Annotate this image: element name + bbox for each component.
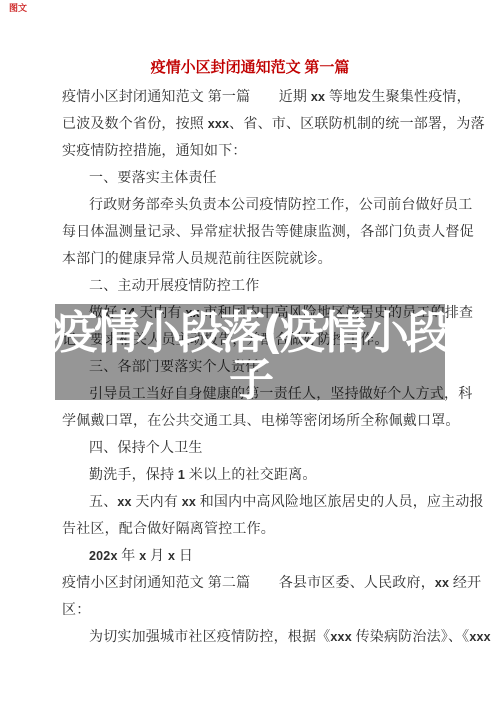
watermark-text: 疫情小段落(疫情小段子 ) bbox=[50, 309, 450, 447]
doc-title: 疫情小区封闭通知范文 第一篇 bbox=[0, 57, 500, 79]
doc-line: 告社区，配合做好隔离管控工作。 bbox=[62, 516, 444, 543]
doc-line: 区： bbox=[62, 597, 444, 624]
doc-line: 二、主动开展疫情防控工作 bbox=[62, 273, 444, 300]
doc-line: 实疫情防控措施，通知如下： bbox=[62, 138, 444, 165]
doc-line: 202x 年 x 月 x 日 bbox=[62, 543, 444, 570]
doc-line: 疫情小区封闭通知范文 第二篇 各县市区委、人民政府，xx 经开 bbox=[62, 570, 444, 597]
watermark-line2: ) bbox=[50, 403, 450, 447]
doc-line: 为切实加强城市社区疫情防控，根据《xxx 传染病防治法》、《xxx bbox=[62, 624, 444, 651]
watermark-line1: 疫情小段落(疫情小段子 bbox=[50, 309, 450, 403]
doc-line: 疫情小区封闭通知范文 第一篇 近期 xx 等地发生聚集性疫情， bbox=[62, 84, 444, 111]
doc-line: 每日体温测量记录、异常症状报告等健康监测，各部门负责人督促 bbox=[62, 219, 444, 246]
doc-line: 勤洗手，保持 1 米以上的社交距离。 bbox=[62, 462, 444, 489]
document-page: 图文 疫情小区封闭通知范文 第一篇 疫情小区封闭通知范文 第一篇 近期 xx 等… bbox=[0, 0, 500, 706]
doc-line: 本部门的健康异常人员规范前往医院就诊。 bbox=[62, 246, 444, 273]
doc-line: 一、要落实主体责任 bbox=[62, 165, 444, 192]
doc-line: 已波及数个省份，按照 xxx、省、市、区联防机制的统一部署，为落 bbox=[62, 111, 444, 138]
doc-line: 五、xx 天内有 xx 和国内中高风险地区旅居史的人员，应主动报 bbox=[62, 489, 444, 516]
corner-mark: 图文 bbox=[9, 3, 27, 13]
doc-line: 行政财务部牵头负责本公司疫情防控工作，公司前台做好员工 bbox=[62, 192, 444, 219]
